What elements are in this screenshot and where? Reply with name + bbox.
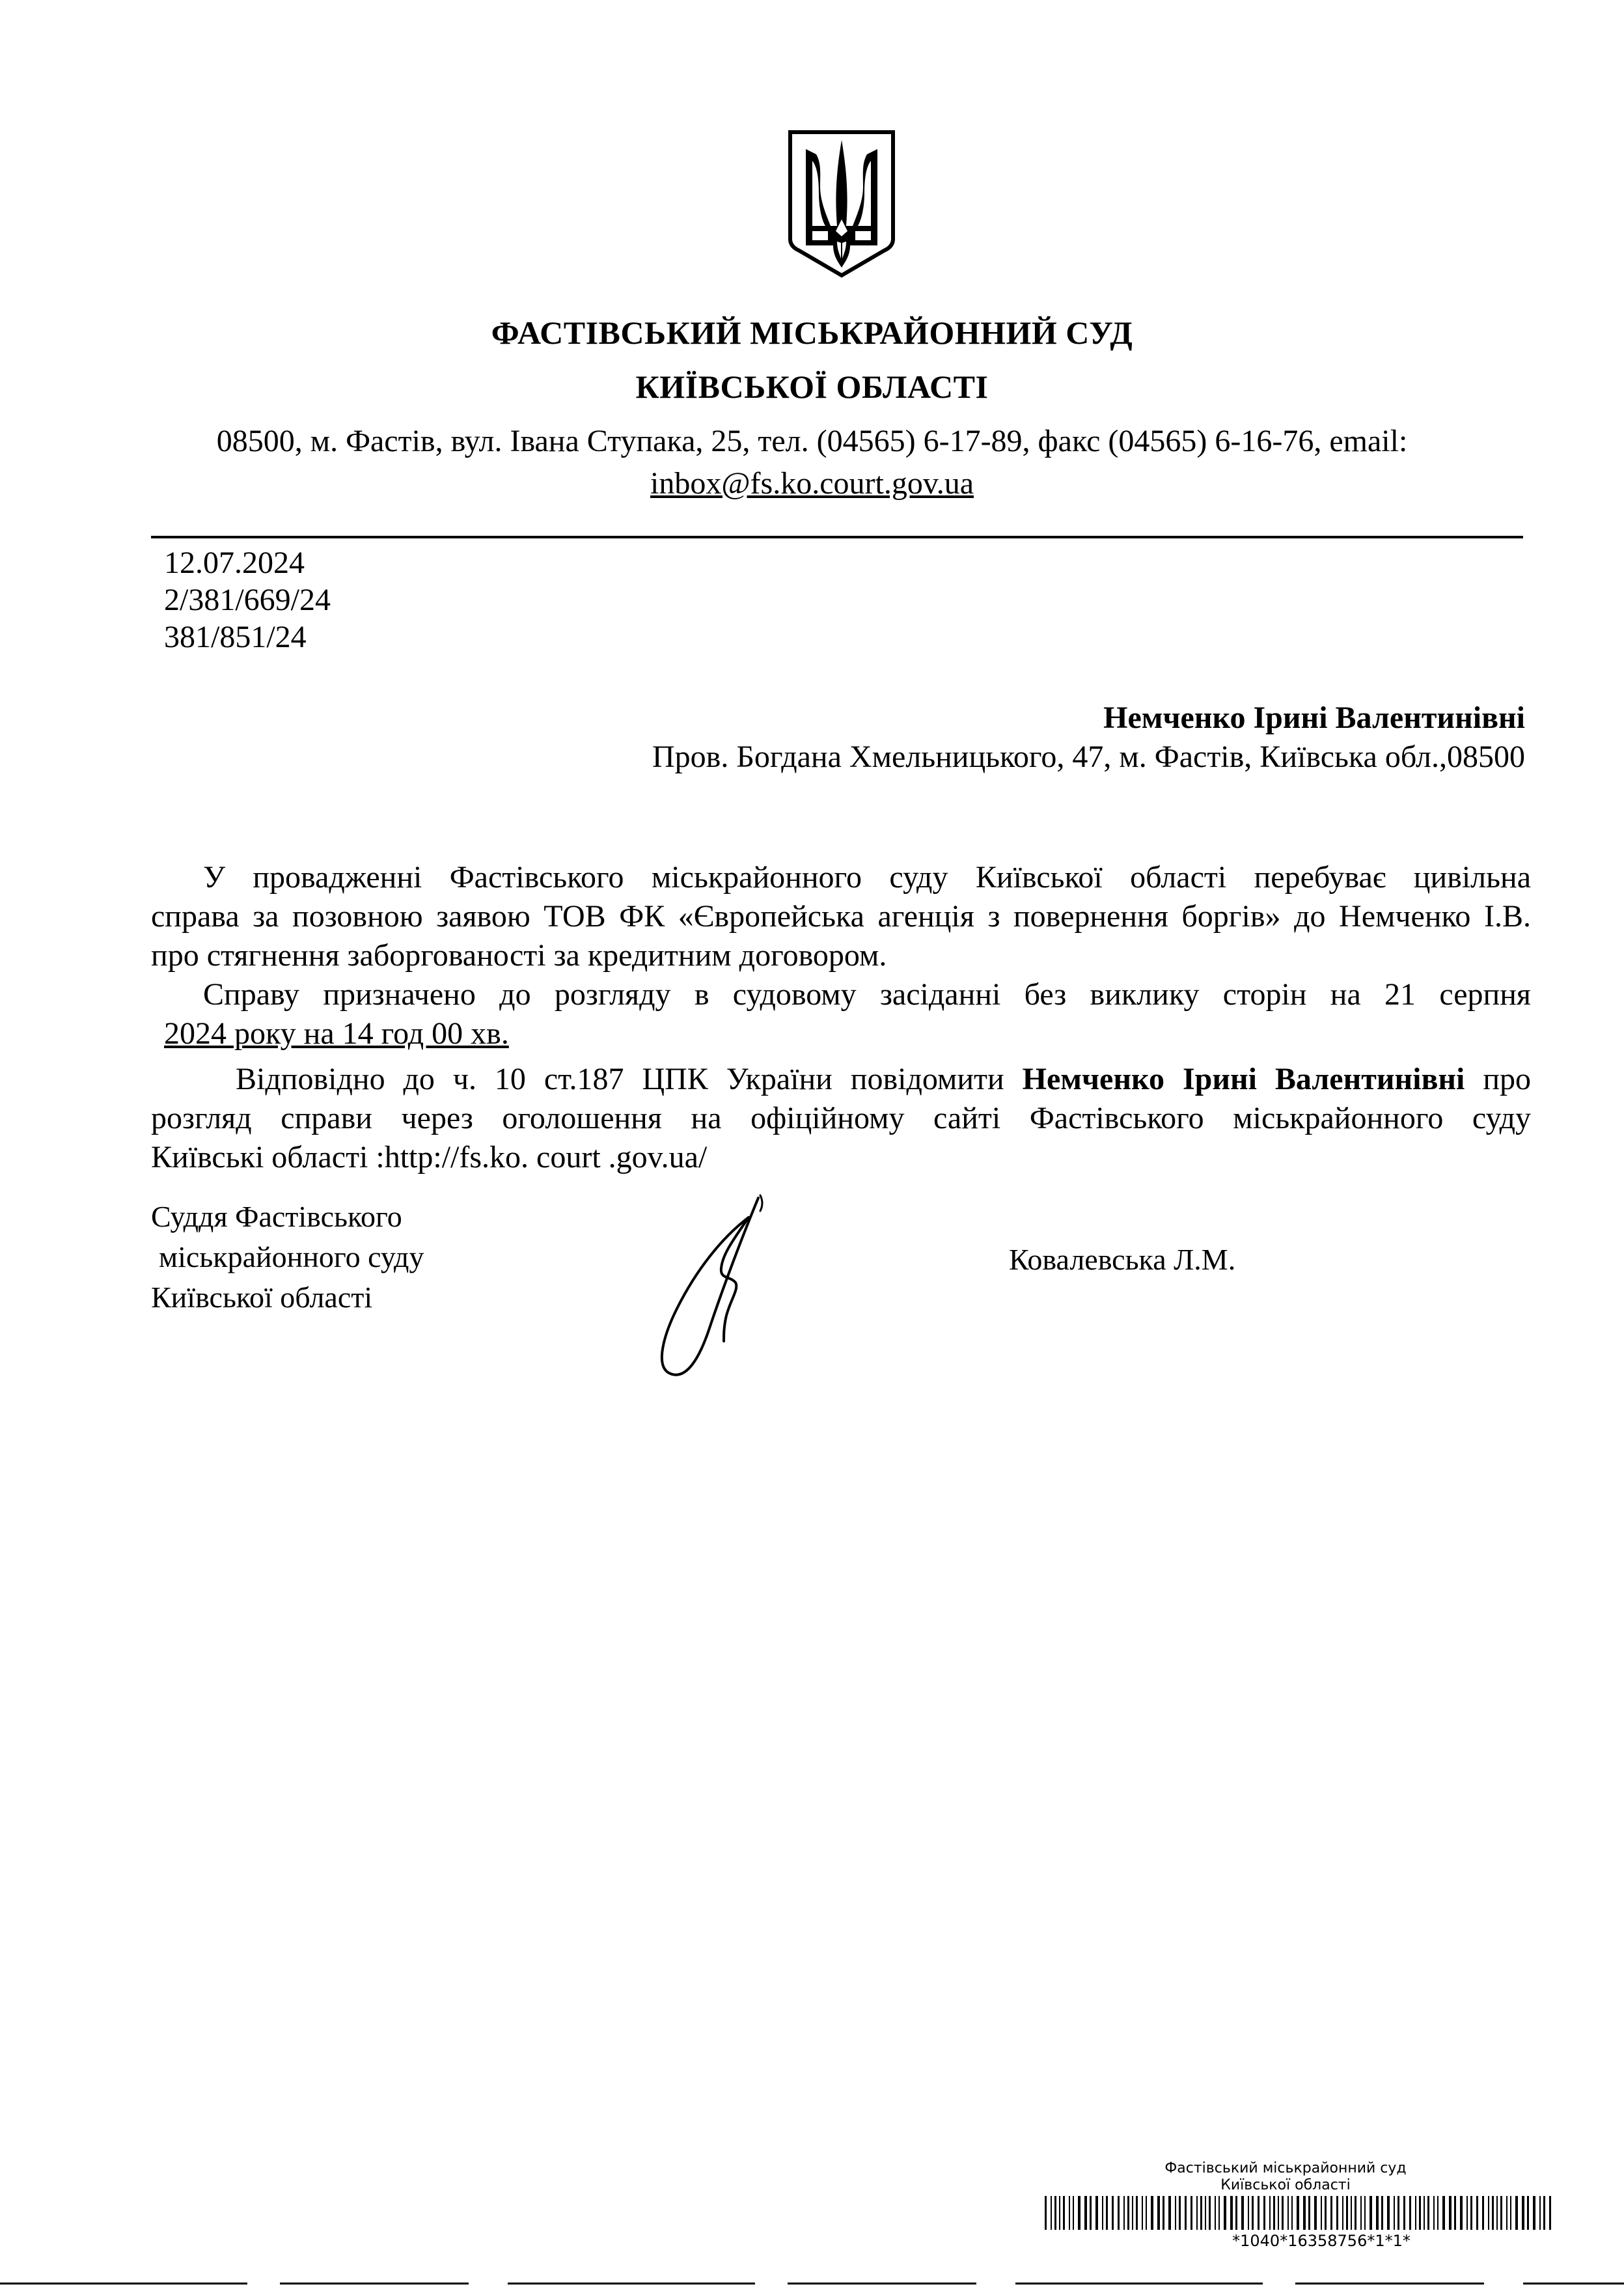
stamp-line-1: Фастівський міськрайонний суд	[1107, 2160, 1465, 2177]
header-divider	[151, 536, 1523, 538]
paragraph-2-line-1: Справу призначено до розгляду в судовому…	[151, 975, 1531, 1014]
hearing-datetime: 2024 року на 14 год 00 хв.	[151, 1014, 1544, 1053]
paragraph-1-line-2: справа за позовною заявою ТОВ ФК «Європе…	[151, 897, 1531, 936]
paragraph-1-line-1: У провадженні Фастівського міськрайонног…	[151, 858, 1531, 897]
footer-divider	[0, 2283, 1624, 2284]
paragraph-3-suffix: про	[1465, 1062, 1531, 1096]
paragraph-1-line-3: про стягнення заборгованості за кредитни…	[151, 936, 1531, 975]
hearing-datetime-text: 2024 року на 14 год 00 хв.	[164, 1016, 509, 1051]
court-email-link[interactable]: inbox@fs.ko.court.gov.ua	[650, 466, 974, 501]
court-address: 08500, м. Фастів, вул. Івана Ступака, 25…	[0, 423, 1624, 459]
judge-title-line2: міськрайонного суду	[151, 1237, 424, 1277]
court-name-line1: ФАСТІВСЬКИЙ МІСЬКРАЙОННИЙ СУД	[0, 314, 1624, 352]
judge-title-line3: Київської області	[151, 1277, 372, 1318]
coat-of-arms-icon	[786, 128, 897, 279]
barcode-number: *1040*16358756*1*1*	[1107, 2232, 1536, 2250]
barcode-icon	[1045, 2196, 1552, 2230]
registry-stamp: Фастівський міськрайонний суд Київської …	[1107, 2160, 1465, 2194]
recipient-address: Пров. Богдана Хмельницького, 47, м. Фаст…	[652, 739, 1525, 775]
paragraph-3-line-2: розгляд справи через оголошення на офіці…	[151, 1099, 1531, 1138]
judge-title-line1: Суддя Фастівського	[151, 1197, 402, 1237]
stamp-line-2: Київської області	[1107, 2177, 1465, 2194]
letter-date: 12.07.2024	[164, 544, 305, 582]
court-name-line2: КИЇВСЬКОЇ ОБЛАСТІ	[0, 368, 1624, 406]
recipient-name: Немченко Ірині Валентинівні	[1103, 700, 1525, 736]
court-email-line: inbox@fs.ko.court.gov.ua	[0, 465, 1624, 501]
paragraph-3-prefix: Відповідно до ч. 10 ст.187 ЦПК України п…	[236, 1062, 1023, 1096]
paragraph-3-line-3: Київські області :http://fs.ko. court .g…	[151, 1138, 1531, 1177]
outgoing-number: 2/381/669/24	[164, 581, 331, 619]
signature-icon	[651, 1191, 781, 1387]
case-number: 381/851/24	[164, 618, 307, 656]
paragraph-3-recipient: Немченко Ірині Валентинівні	[1023, 1062, 1465, 1096]
judge-name: Ковалевська Л.М.	[1009, 1242, 1235, 1277]
paragraph-3-line-1: Відповідно до ч. 10 ст.187 ЦПК України п…	[151, 1060, 1531, 1099]
